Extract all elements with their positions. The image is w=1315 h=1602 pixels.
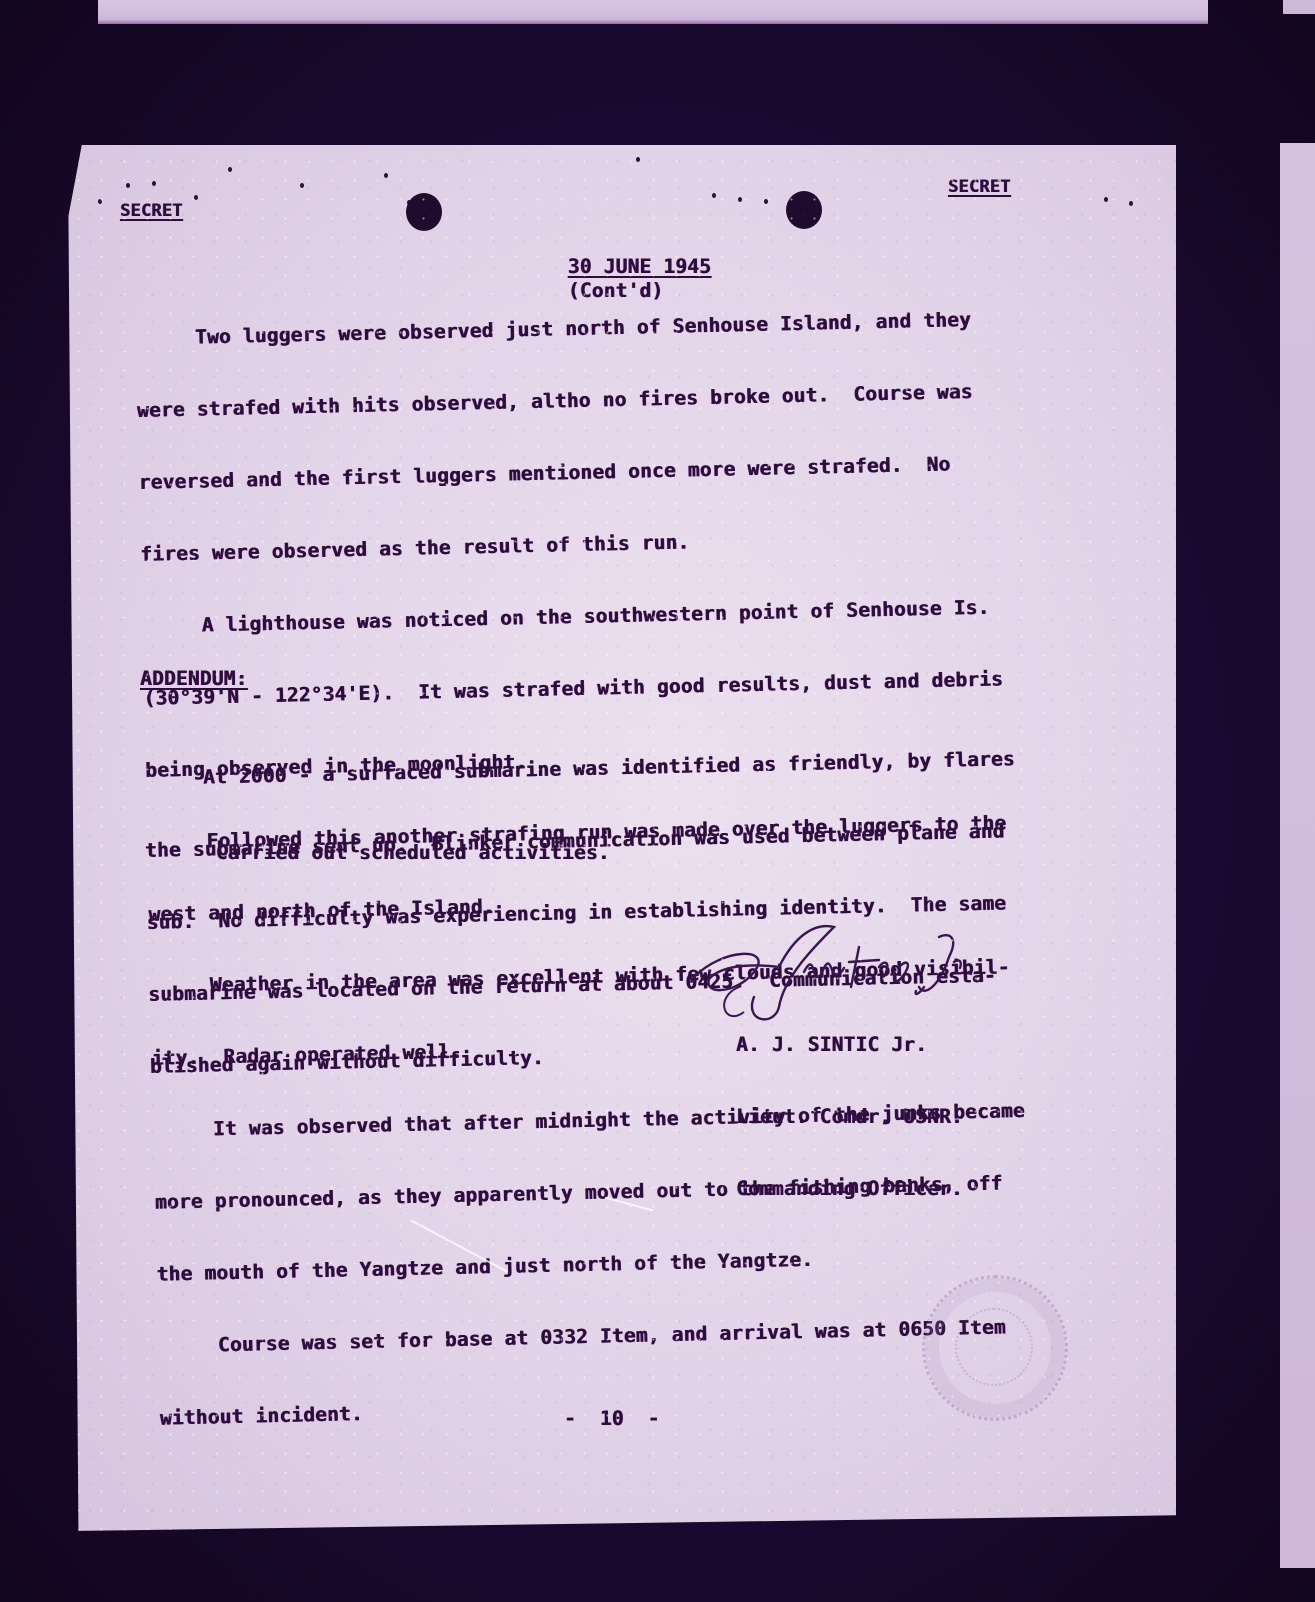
punch-hole-left: [406, 193, 442, 231]
body-line: fires were observed as the result of thi…: [140, 523, 1012, 567]
ink-speck: [152, 181, 156, 186]
previous-film-frame-edge: [1283, 0, 1315, 14]
body-line: reversed and the first luggers mentioned…: [138, 451, 1010, 495]
ink-speck: [764, 199, 768, 204]
signatory-title: Commanding Officer.: [736, 1177, 963, 1201]
ink-speck: [738, 197, 742, 202]
ink-speck: [98, 199, 102, 204]
ink-speck: [300, 183, 304, 188]
faded-stamp-seal: [922, 1275, 1068, 1421]
ink-speck: [1129, 201, 1133, 206]
ink-speck: [194, 195, 198, 200]
addendum-line: At 2000 - a surfaced submarine was ident…: [143, 747, 1015, 791]
closing-line: Carried out scheduled activities.: [156, 841, 610, 865]
document-page: SECRET SECRET 30 JUNE 1945 (Cont'd) Two …: [64, 145, 1176, 1565]
next-film-frame-edge: [1280, 143, 1315, 1568]
signature-block: A. J. SINTIC Jr. Lieut. Comdr. USNR. Com…: [736, 985, 963, 1249]
body-line: were strafed with hits observed, altho n…: [137, 379, 1009, 423]
page-number: - 10 -: [564, 1407, 660, 1431]
addendum-heading: ADDENDUM:: [140, 667, 247, 691]
body-line: Two luggers were observed just north of …: [135, 307, 1007, 351]
body-line: the mouth of the Yangtze and just north …: [156, 1243, 1028, 1287]
classification-marking-left: SECRET: [120, 199, 183, 223]
punch-hole-right: [786, 191, 822, 229]
ink-speck: [1104, 197, 1108, 202]
signatory-name: A. J. SINTIC Jr.: [736, 1033, 963, 1057]
signatory-rank: Lieut. Comdr. USNR.: [736, 1105, 963, 1129]
ink-speck: [712, 193, 716, 198]
body-line: Course was set for base at 0332 Item, an…: [158, 1315, 1030, 1359]
ink-speck: [228, 167, 232, 172]
ink-speck: [384, 173, 388, 178]
previous-film-frame: [98, 0, 1208, 24]
body-line: A lighthouse was noticed on the southwes…: [142, 595, 1014, 639]
classification-marking-right: SECRET: [948, 175, 1011, 199]
ink-speck: [636, 157, 640, 162]
ink-speck: [126, 183, 130, 188]
